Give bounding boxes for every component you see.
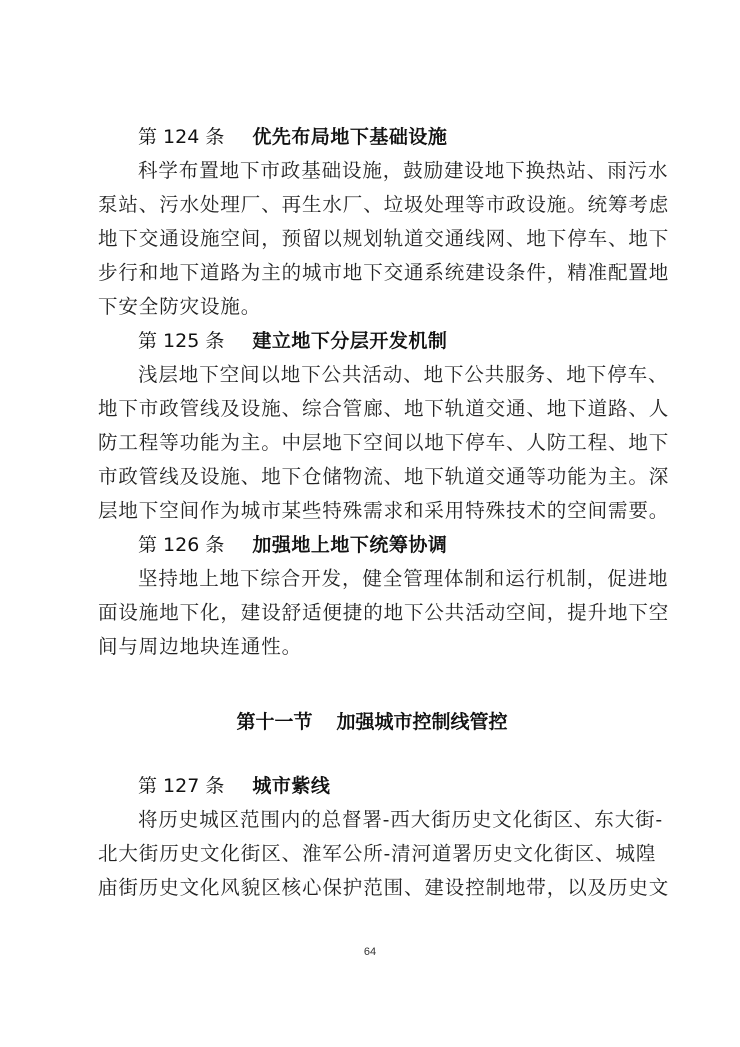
article-title: 城市紫线 bbox=[252, 775, 330, 797]
paragraph-line: 间与周边地块连通性。 bbox=[98, 630, 646, 664]
paragraph-line: 面设施地下化，建设舒适便捷的地下公共活动空间，提升地下空 bbox=[98, 596, 646, 630]
page-number: 64 bbox=[0, 946, 740, 958]
article-125-heading: 第 125 条建立地下分层开发机制 bbox=[138, 324, 447, 358]
article-label: 第 125 条 bbox=[138, 330, 224, 352]
paragraph-line: 庙街历史文化风貌区核心保护范围、建设控制地带，以及历史文 bbox=[98, 871, 646, 905]
paragraph-line: 下安全防灾设施。 bbox=[98, 290, 646, 324]
paragraph-line: 防工程等功能为主。中层地下空间以地下停车、人防工程、地下 bbox=[98, 426, 646, 460]
paragraph-line: 泵站、污水处理厂、再生水厂、垃圾处理等市政设施。统筹考虑 bbox=[98, 188, 646, 222]
paragraph-line: 市政管线及设施、地下仓储物流、地下轨道交通等功能为主。深 bbox=[98, 460, 646, 494]
paragraph-line: 地下市政管线及设施、综合管廊、地下轨道交通、地下道路、人 bbox=[98, 392, 646, 426]
section-heading: 第十一节加强城市控制线管控 bbox=[98, 705, 646, 739]
section-label: 第十一节 bbox=[236, 711, 312, 733]
paragraph-line: 将历史城区范围内的总督署-西大街历史文化街区、东大街- bbox=[98, 803, 646, 837]
article-title: 优先布局地下基础设施 bbox=[252, 126, 447, 148]
paragraph-line: 坚持地上地下综合开发，健全管理体制和运行机制，促进地 bbox=[98, 562, 646, 596]
paragraph-line: 北大街历史文化街区、淮军公所-清河道署历史文化街区、城隍 bbox=[98, 837, 646, 871]
article-label: 第 127 条 bbox=[138, 775, 224, 797]
paragraph-line: 科学布置地下市政基础设施，鼓励建设地下换热站、雨污水 bbox=[98, 154, 646, 188]
section-title: 加强城市控制线管控 bbox=[337, 711, 508, 733]
article-title: 建立地下分层开发机制 bbox=[252, 330, 447, 352]
article-label: 第 124 条 bbox=[138, 126, 224, 148]
article-label: 第 126 条 bbox=[138, 534, 224, 556]
article-127-heading: 第 127 条城市紫线 bbox=[138, 769, 330, 803]
article-124-heading: 第 124 条优先布局地下基础设施 bbox=[138, 120, 447, 154]
article-126-heading: 第 126 条加强地上地下统筹协调 bbox=[138, 528, 447, 562]
paragraph-line: 地下交通设施空间，预留以规划轨道交通线网、地下停车、地下 bbox=[98, 222, 646, 256]
paragraph-line: 层地下空间作为城市某些特殊需求和采用特殊技术的空间需要。 bbox=[98, 494, 646, 528]
paragraph-line: 步行和地下道路为主的城市地下交通系统建设条件，精准配置地 bbox=[98, 256, 646, 290]
paragraph-line: 浅层地下空间以地下公共活动、地下公共服务、地下停车、 bbox=[98, 358, 646, 392]
article-title: 加强地上地下统筹协调 bbox=[252, 534, 447, 556]
